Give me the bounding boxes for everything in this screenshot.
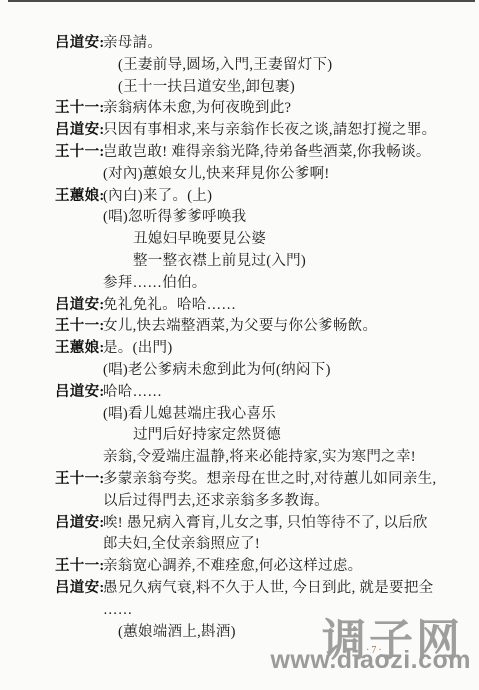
- line-text: (唱)看儿媳甚端庄我心喜乐: [103, 406, 276, 422]
- line-text: 参拜……伯伯。: [103, 275, 207, 291]
- line-text: 多蒙亲翁夸奖。想亲母在世之时,对待蕙儿如同亲生,: [103, 471, 436, 487]
- line-text: 哈哈……: [103, 384, 162, 400]
- script-line: (王妻前导,圆场,入門,王妻留灯下): [55, 55, 470, 77]
- script-line: 以后过得門去,还求亲翁多多教诲。: [55, 491, 470, 513]
- speaker-name: 王十一:: [55, 142, 103, 164]
- script-lines: 吕道安:亲母請。(王妻前导,圆场,入門,王妻留灯下)(王十一扶吕道安坐,卸包裹)…: [55, 33, 470, 643]
- line-text: 亲翁宽心調养,不难痊愈,何必这样过虑。: [103, 558, 362, 574]
- script-line: (唱)忽听得爹爹呼唤我: [55, 207, 470, 229]
- speaker-name: 吕道安:: [55, 513, 103, 535]
- script-line: 王十一:亲翁病体未愈,为何夜晚到此?: [55, 98, 470, 120]
- script-line: 王十一:岂敢岂敢! 难得亲翁光降,待弟备些酒菜,你我畅谈。: [55, 142, 470, 164]
- script-line: 吕道安:只因有事相求,来与亲翁作长夜之谈,請恕打搅之罪。: [55, 120, 470, 142]
- script-line: 郎夫妇,全仗亲翁照应了!: [55, 534, 470, 556]
- line-text: 亲母請。: [103, 35, 162, 51]
- script-line: (唱)看儿媳甚端庄我心喜乐: [55, 404, 470, 426]
- script-line: 整一整衣襟上前見过(入門): [55, 251, 470, 273]
- line-text: (內白)来了。(上): [103, 188, 212, 204]
- speaker-name: 王蕙娘:: [55, 186, 103, 208]
- script-line: 王十一:多蒙亲翁夸奖。想亲母在世之时,对待蕙儿如同亲生,: [55, 469, 470, 491]
- script-line: 过門后好持家定然贤德: [55, 425, 470, 447]
- speaker-name: 王十一:: [55, 316, 103, 338]
- speaker-name: 吕道安:: [55, 578, 103, 600]
- watermark-url: www.diaozi.com: [270, 646, 471, 675]
- speaker-name: 吕道安:: [55, 120, 103, 142]
- speaker-name: 王十一:: [55, 556, 103, 578]
- script-page: 吕道安:亲母請。(王妻前导,圆场,入門,王妻留灯下)(王十一扶吕道安坐,卸包裹)…: [0, 0, 479, 690]
- script-line: 王十一:亲翁宽心調养,不难痊愈,何必这样过虑。: [55, 556, 470, 578]
- script-line: (王十一扶吕道安坐,卸包裹): [55, 77, 470, 99]
- line-text: 整一整衣襟上前見过(入門): [133, 253, 306, 269]
- scan-edge-top: [8, 0, 475, 2]
- line-text: 亲翁病体未愈,为何夜晚到此?: [103, 100, 291, 116]
- line-text: 只因有事相求,来与亲翁作长夜之谈,請恕打搅之罪。: [103, 122, 436, 138]
- speaker-name: 吕道安:: [55, 33, 103, 55]
- line-text: 以后过得門去,还求亲翁多多教诲。: [103, 493, 329, 509]
- script-line: 吕道安:哈哈……: [55, 382, 470, 404]
- line-text: 免礼免礼。哈哈……: [103, 297, 236, 313]
- script-line: 王十一:女儿,快去端整酒菜,为父要与你公爹畅飲。: [55, 316, 470, 338]
- line-text: 岂敢岂敢! 难得亲翁光降,待弟备些酒菜,你我畅谈。: [103, 144, 431, 160]
- speaker-name: 王蕙娘:: [55, 338, 103, 360]
- speaker-name: 吕道安:: [55, 295, 103, 317]
- line-text: (唱)老公爹病未愈到此为何(纳闷下): [103, 362, 331, 378]
- line-text: (蕙娘端酒上,斟酒): [118, 624, 236, 640]
- line-text: 唉! 愚兄病入膏肓,儿女之事, 只怕等待不了, 以后欣: [103, 515, 428, 531]
- line-text: (对內)蕙娘女儿,快来拜見你公爹啊!: [103, 166, 330, 182]
- script-line: 吕道安:免礼免礼。哈哈……: [55, 295, 470, 317]
- speaker-name: 吕道安:: [55, 382, 103, 404]
- line-text: 郎夫妇,全仗亲翁照应了!: [103, 536, 260, 552]
- line-text: 女儿,快去端整酒菜,为父要与你公爹畅飲。: [103, 318, 377, 334]
- script-line: 吕道安:愚兄久病气衰,料不久于人世, 今日到此, 就是要把全: [55, 578, 470, 600]
- line-text: 过門后好持家定然贤德: [133, 427, 281, 443]
- line-text: 愚兄久病气衰,料不久于人世, 今日到此, 就是要把全: [103, 580, 433, 596]
- line-text: 是。(出門): [103, 340, 172, 356]
- line-text: 亲翁,令爱端庄温静,将来必能持家,实为寒門之幸!: [103, 449, 416, 465]
- line-text: (王妻前导,圆场,入門,王妻留灯下): [118, 57, 332, 73]
- speaker-name: 王十一:: [55, 98, 103, 120]
- line-text: (王十一扶吕道安坐,卸包裹): [118, 79, 295, 95]
- line-text: 丑媳妇早晚要見公婆: [133, 231, 266, 247]
- script-line: (对內)蕙娘女儿,快来拜見你公爹啊!: [55, 164, 470, 186]
- script-line: 亲翁,令爱端庄温静,将来必能持家,实为寒門之幸!: [55, 447, 470, 469]
- line-text: ……: [103, 602, 133, 618]
- script-line: 参拜……伯伯。: [55, 273, 470, 295]
- speaker-name: 王十一:: [55, 469, 103, 491]
- script-line: 吕道安:唉! 愚兄病入膏肓,儿女之事, 只怕等待不了, 以后欣: [55, 513, 470, 535]
- script-line: 王蕙娘:是。(出門): [55, 338, 470, 360]
- script-line: 丑媳妇早晚要見公婆: [55, 229, 470, 251]
- script-line: (唱)老公爹病未愈到此为何(纳闷下): [55, 360, 470, 382]
- script-line: 王蕙娘:(內白)来了。(上): [55, 186, 470, 208]
- line-text: (唱)忽听得爹爹呼唤我: [103, 209, 246, 225]
- script-line: 吕道安:亲母請。: [55, 33, 470, 55]
